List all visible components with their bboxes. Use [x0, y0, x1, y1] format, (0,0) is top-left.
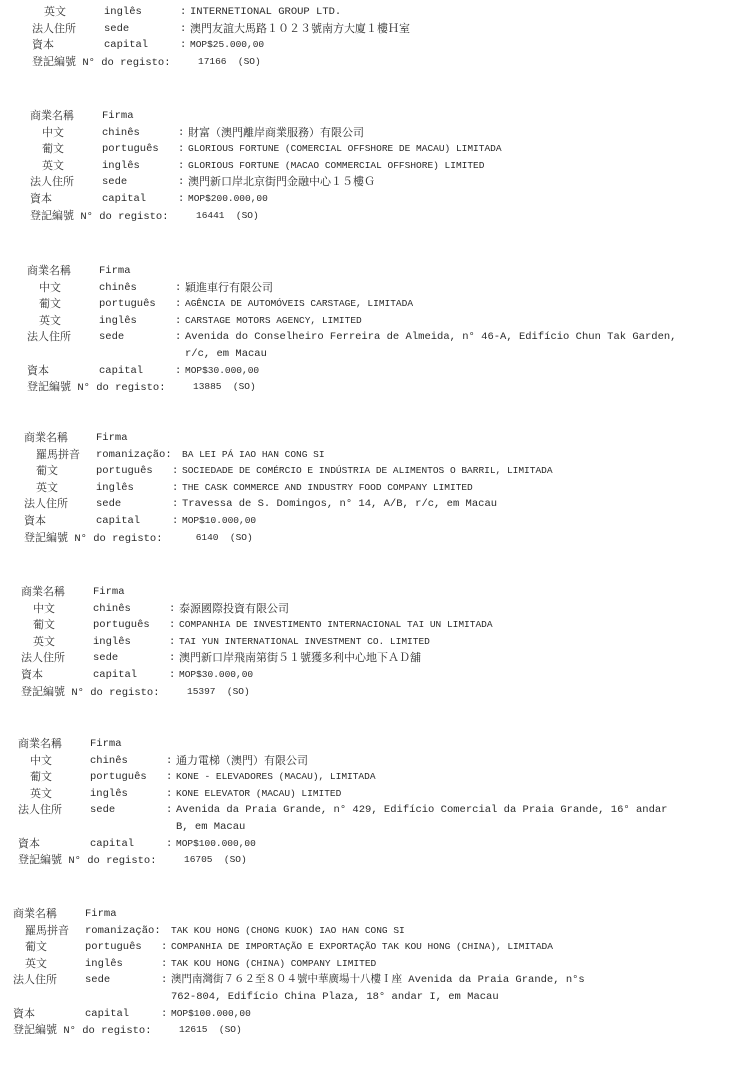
- romanizacao-label-zh: 羅馬拼音: [25, 923, 69, 940]
- portugues-label-zh: 葡文: [30, 769, 52, 786]
- sede-label-pt: sede: [102, 174, 127, 191]
- registo-label: 登記編號 N° do registo:: [27, 379, 166, 397]
- ingles-label-zh: 英文: [36, 480, 58, 497]
- sede-label-zh: 法人住所: [27, 329, 71, 346]
- chines-value: 通力電梯（澳門）有限公司: [176, 753, 308, 770]
- chines-label-zh: 中文: [33, 601, 55, 618]
- registo-label: 登記編號 N° do registo:: [18, 852, 157, 870]
- registo-label-zh: 登記編號: [21, 685, 65, 698]
- chines-value: 穎進車行有限公司: [185, 280, 273, 297]
- ingles-label-zh: 英文: [44, 4, 66, 21]
- colon: :: [178, 191, 184, 208]
- firma-label-pt: Firma: [102, 108, 134, 125]
- capital-label-pt: capital: [96, 513, 140, 530]
- registo-value: 17166 (SO): [198, 54, 261, 71]
- sede-value-line1: 澳門南灣街７６２至８０４號中華廣場十八樓Ｉ座 Avenida da Praia …: [171, 972, 585, 989]
- chines-label-pt: chinês: [90, 753, 128, 770]
- romanizacao-value: BA LEI PÁ IAO HAN CONG SI: [182, 447, 325, 464]
- portugues-label-zh: 葡文: [33, 617, 55, 634]
- capital-value: MOP$30.000,00: [185, 363, 259, 380]
- colon: :: [178, 174, 184, 191]
- firma-label-zh: 商業名稱: [18, 736, 62, 753]
- colon: :: [161, 972, 167, 989]
- colon: :: [169, 667, 175, 684]
- colon: :: [161, 939, 167, 956]
- capital-label-zh: 資本: [13, 1006, 35, 1023]
- colon: :: [180, 37, 186, 54]
- colon: :: [166, 802, 172, 819]
- colon: :: [175, 296, 181, 313]
- firma-label-zh: 商業名稱: [13, 906, 57, 923]
- firma-label-zh: 商業名稱: [30, 108, 74, 125]
- registo-value: 6140 (SO): [190, 530, 253, 547]
- portugues-value: AGÊNCIA DE AUTOMÓVEIS CARSTAGE, LIMITADA: [185, 296, 413, 313]
- colon: :: [166, 786, 172, 803]
- colon: :: [166, 753, 172, 770]
- colon: :: [175, 329, 181, 346]
- registo-label-zh: 登記編號: [30, 209, 74, 222]
- registo-label-zh: 登記編號: [24, 531, 68, 544]
- colon: :: [169, 617, 175, 634]
- registo-label-pt: N° do registo: [74, 533, 156, 545]
- firma-label-pt: Firma: [99, 263, 131, 280]
- colon: :: [172, 463, 178, 480]
- registo-label-pt: N° do registo: [82, 57, 164, 69]
- chines-label-zh: 中文: [42, 125, 64, 142]
- capital-label-zh: 資本: [21, 667, 43, 684]
- chines-value: 財富（澳門離岸商業服務）有限公司: [188, 125, 364, 142]
- romanizacao-label-pt: romanização:: [96, 447, 172, 464]
- romanizacao-value: TAK KOU HONG (CHONG KUOK) IAO HAN CONG S…: [171, 923, 405, 940]
- sede-label-zh: 法人住所: [24, 496, 68, 513]
- colon: :: [175, 363, 181, 380]
- ingles-value: TAI YUN INTERNATIONAL INVESTMENT CO. LIM…: [179, 634, 430, 651]
- colon: :: [161, 1006, 167, 1023]
- romanizacao-label-zh: 羅馬拼音: [36, 447, 80, 464]
- registo-value: 16441 (SO): [196, 208, 259, 225]
- chines-label-pt: chinês: [93, 601, 131, 618]
- colon: :: [169, 601, 175, 618]
- sede-label-pt: sede: [85, 972, 110, 989]
- colon: :: [178, 125, 184, 142]
- firma-label-zh: 商業名稱: [21, 584, 65, 601]
- chines-label-pt: chinês: [99, 280, 137, 297]
- chines-label-pt: chinês: [102, 125, 140, 142]
- ingles-label-zh: 英文: [33, 634, 55, 651]
- sede-label-pt: sede: [90, 802, 115, 819]
- chines-label-zh: 中文: [39, 280, 61, 297]
- portugues-label-zh: 葡文: [36, 463, 58, 480]
- colon: :: [172, 496, 178, 513]
- portugues-value: SOCIEDADE DE COMÉRCIO E INDÚSTRIA DE ALI…: [182, 463, 553, 480]
- colon: :: [166, 769, 172, 786]
- portugues-label-pt: português: [102, 141, 159, 158]
- firma-label-pt: Firma: [93, 584, 125, 601]
- sede-value-line2: B, em Macau: [176, 819, 245, 836]
- sede-label-zh: 法人住所: [13, 972, 57, 989]
- capital-label-zh: 資本: [24, 513, 46, 530]
- colon: :: [175, 280, 181, 297]
- ingles-value: CARSTAGE MOTORS AGENCY, LIMITED: [185, 313, 362, 330]
- sede-label-pt: sede: [99, 329, 124, 346]
- capital-label-pt: capital: [90, 836, 134, 853]
- colon: :: [166, 836, 172, 853]
- portugues-value: GLORIOUS FORTUNE (COMERCIAL OFFSHORE DE …: [188, 141, 502, 158]
- registo-label-pt: N° do registo: [77, 382, 159, 394]
- registo-label-zh: 登記編號: [18, 853, 62, 866]
- firma-label-pt: Firma: [96, 430, 128, 447]
- sede-label-zh: 法人住所: [30, 174, 74, 191]
- portugues-label-zh: 葡文: [42, 141, 64, 158]
- sede-value-line1: Avenida da Praia Grande, n° 429, Edifíci…: [176, 802, 667, 819]
- colon: :: [180, 21, 186, 38]
- sede-label-zh: 法人住所: [21, 650, 65, 667]
- portugues-label-pt: português: [96, 463, 153, 480]
- sede-value: 澳門新口岸飛南第街５１號獲多利中心地下ＡＤ舖: [179, 650, 421, 667]
- ingles-value: THE CASK COMMERCE AND INDUSTRY FOOD COMP…: [182, 480, 473, 497]
- colon: :: [169, 650, 175, 667]
- portugues-label-pt: português: [99, 296, 156, 313]
- capital-value: MOP$10.000,00: [182, 513, 256, 530]
- ingles-value: GLORIOUS FORTUNE (MACAO COMMERCIAL OFFSH…: [188, 158, 484, 175]
- registo-value: 16705 (SO): [184, 852, 247, 869]
- colon: :: [178, 158, 184, 175]
- portugues-label-zh: 葡文: [25, 939, 47, 956]
- ingles-label-pt: inglês: [99, 313, 137, 330]
- firma-label-pt: Firma: [90, 736, 122, 753]
- firma-label-pt: Firma: [85, 906, 117, 923]
- registo-label-zh: 登記編號: [13, 1023, 57, 1036]
- capital-value: MOP$25.000,00: [190, 37, 264, 54]
- ingles-value: INTERNETIONAL GROUP LTD.: [190, 4, 341, 21]
- registo-label-zh: 登記編號: [32, 55, 76, 68]
- portugues-label-pt: português: [90, 769, 147, 786]
- firma-label-zh: 商業名稱: [24, 430, 68, 447]
- ingles-label-pt: inglês: [102, 158, 140, 175]
- ingles-label-zh: 英文: [30, 786, 52, 803]
- ingles-value: TAK KOU HONG (CHINA) COMPANY LIMITED: [171, 956, 376, 973]
- capital-value: MOP$200.000,00: [188, 191, 268, 208]
- colon: :: [175, 313, 181, 330]
- colon: :: [180, 4, 186, 21]
- colon: :: [172, 480, 178, 497]
- registo-label-pt: N° do registo: [63, 1025, 145, 1037]
- sede-label-zh: 法人住所: [18, 802, 62, 819]
- sede-value: 澳門友誼大馬路１０２３號南方大廈１樓Ｈ室: [190, 21, 410, 38]
- capital-label-pt: capital: [93, 667, 137, 684]
- colon: :: [172, 513, 178, 530]
- capital-label-pt: capital: [102, 191, 146, 208]
- registo-label: 登記編號 N° do registo:: [24, 530, 163, 548]
- registo-value: 12615 (SO): [179, 1022, 242, 1039]
- ingles-value: KONE ELEVATOR (MACAU) LIMITED: [176, 786, 341, 803]
- capital-value: MOP$100.000,00: [176, 836, 256, 853]
- ingles-label-pt: inglês: [93, 634, 131, 651]
- ingles-label-pt: inglês: [104, 4, 142, 21]
- registo-value: 13885 (SO): [193, 379, 256, 396]
- chines-label-zh: 中文: [30, 753, 52, 770]
- ingles-label-zh: 英文: [42, 158, 64, 175]
- registo-label-pt: N° do registo: [80, 211, 162, 223]
- sede-value-line2: 762-804, Edifício China Plaza, 18° andar…: [171, 989, 499, 1006]
- registo-label: 登記編號 N° do registo:: [13, 1022, 152, 1040]
- registo-value: 15397 (SO): [187, 684, 250, 701]
- sede-label-pt: sede: [93, 650, 118, 667]
- colon: :: [169, 634, 175, 651]
- ingles-label-zh: 英文: [25, 956, 47, 973]
- capital-label-pt: capital: [85, 1006, 129, 1023]
- capital-value: MOP$30.000,00: [179, 667, 253, 684]
- portugues-label-pt: português: [85, 939, 142, 956]
- capital-label-pt: capital: [104, 37, 148, 54]
- capital-label-zh: 資本: [30, 191, 52, 208]
- portugues-value: COMPANHIA DE IMPORTAÇÃO E EXPORTAÇÃO TAK…: [171, 939, 553, 956]
- sede-value-line2: r/c, em Macau: [185, 346, 267, 363]
- ingles-label-pt: inglês: [90, 786, 128, 803]
- registo-label-zh: 登記編號: [27, 380, 71, 393]
- registo-label: 登記編號 N° do registo:: [32, 54, 171, 72]
- registo-label-pt: N° do registo: [68, 855, 150, 867]
- registo-label-pt: N° do registo: [71, 687, 153, 699]
- sede-label-pt: sede: [96, 496, 121, 513]
- chines-value: 泰源國際投資有限公司: [179, 601, 289, 618]
- portugues-label-pt: português: [93, 617, 150, 634]
- capital-label-zh: 資本: [32, 37, 54, 54]
- sede-value: 澳門新口岸北京街門金融中心１５樓Ｇ: [188, 174, 375, 191]
- capital-label-zh: 資本: [27, 363, 49, 380]
- portugues-label-zh: 葡文: [39, 296, 61, 313]
- portugues-value: COMPANHIA DE INVESTIMENTO INTERNACIONAL …: [179, 617, 493, 634]
- ingles-label-zh: 英文: [39, 313, 61, 330]
- sede-label-zh: 法人住所: [32, 21, 76, 38]
- firma-label-zh: 商業名稱: [27, 263, 71, 280]
- ingles-label-pt: inglês: [85, 956, 123, 973]
- registo-label: 登記編號 N° do registo:: [21, 684, 160, 702]
- ingles-label-pt: inglês: [96, 480, 134, 497]
- registo-label: 登記編號 N° do registo:: [30, 208, 169, 226]
- capital-label-pt: capital: [99, 363, 143, 380]
- sede-value-line1: Avenida do Conselheiro Ferreira de Almei…: [185, 329, 676, 346]
- romanizacao-label-text: romanização: [85, 925, 154, 937]
- romanizacao-label-text: romanização: [96, 449, 165, 461]
- colon: :: [178, 141, 184, 158]
- colon: :: [161, 956, 167, 973]
- romanizacao-label-pt: romanização:: [85, 923, 161, 940]
- sede-label-pt: sede: [104, 21, 129, 38]
- capital-label-zh: 資本: [18, 836, 40, 853]
- sede-value: Travessa de S. Domingos, n° 14, A/B, r/c…: [182, 496, 497, 513]
- capital-value: MOP$100.000,00: [171, 1006, 251, 1023]
- portugues-value: KONE - ELEVADORES (MACAU), LIMITADA: [176, 769, 376, 786]
